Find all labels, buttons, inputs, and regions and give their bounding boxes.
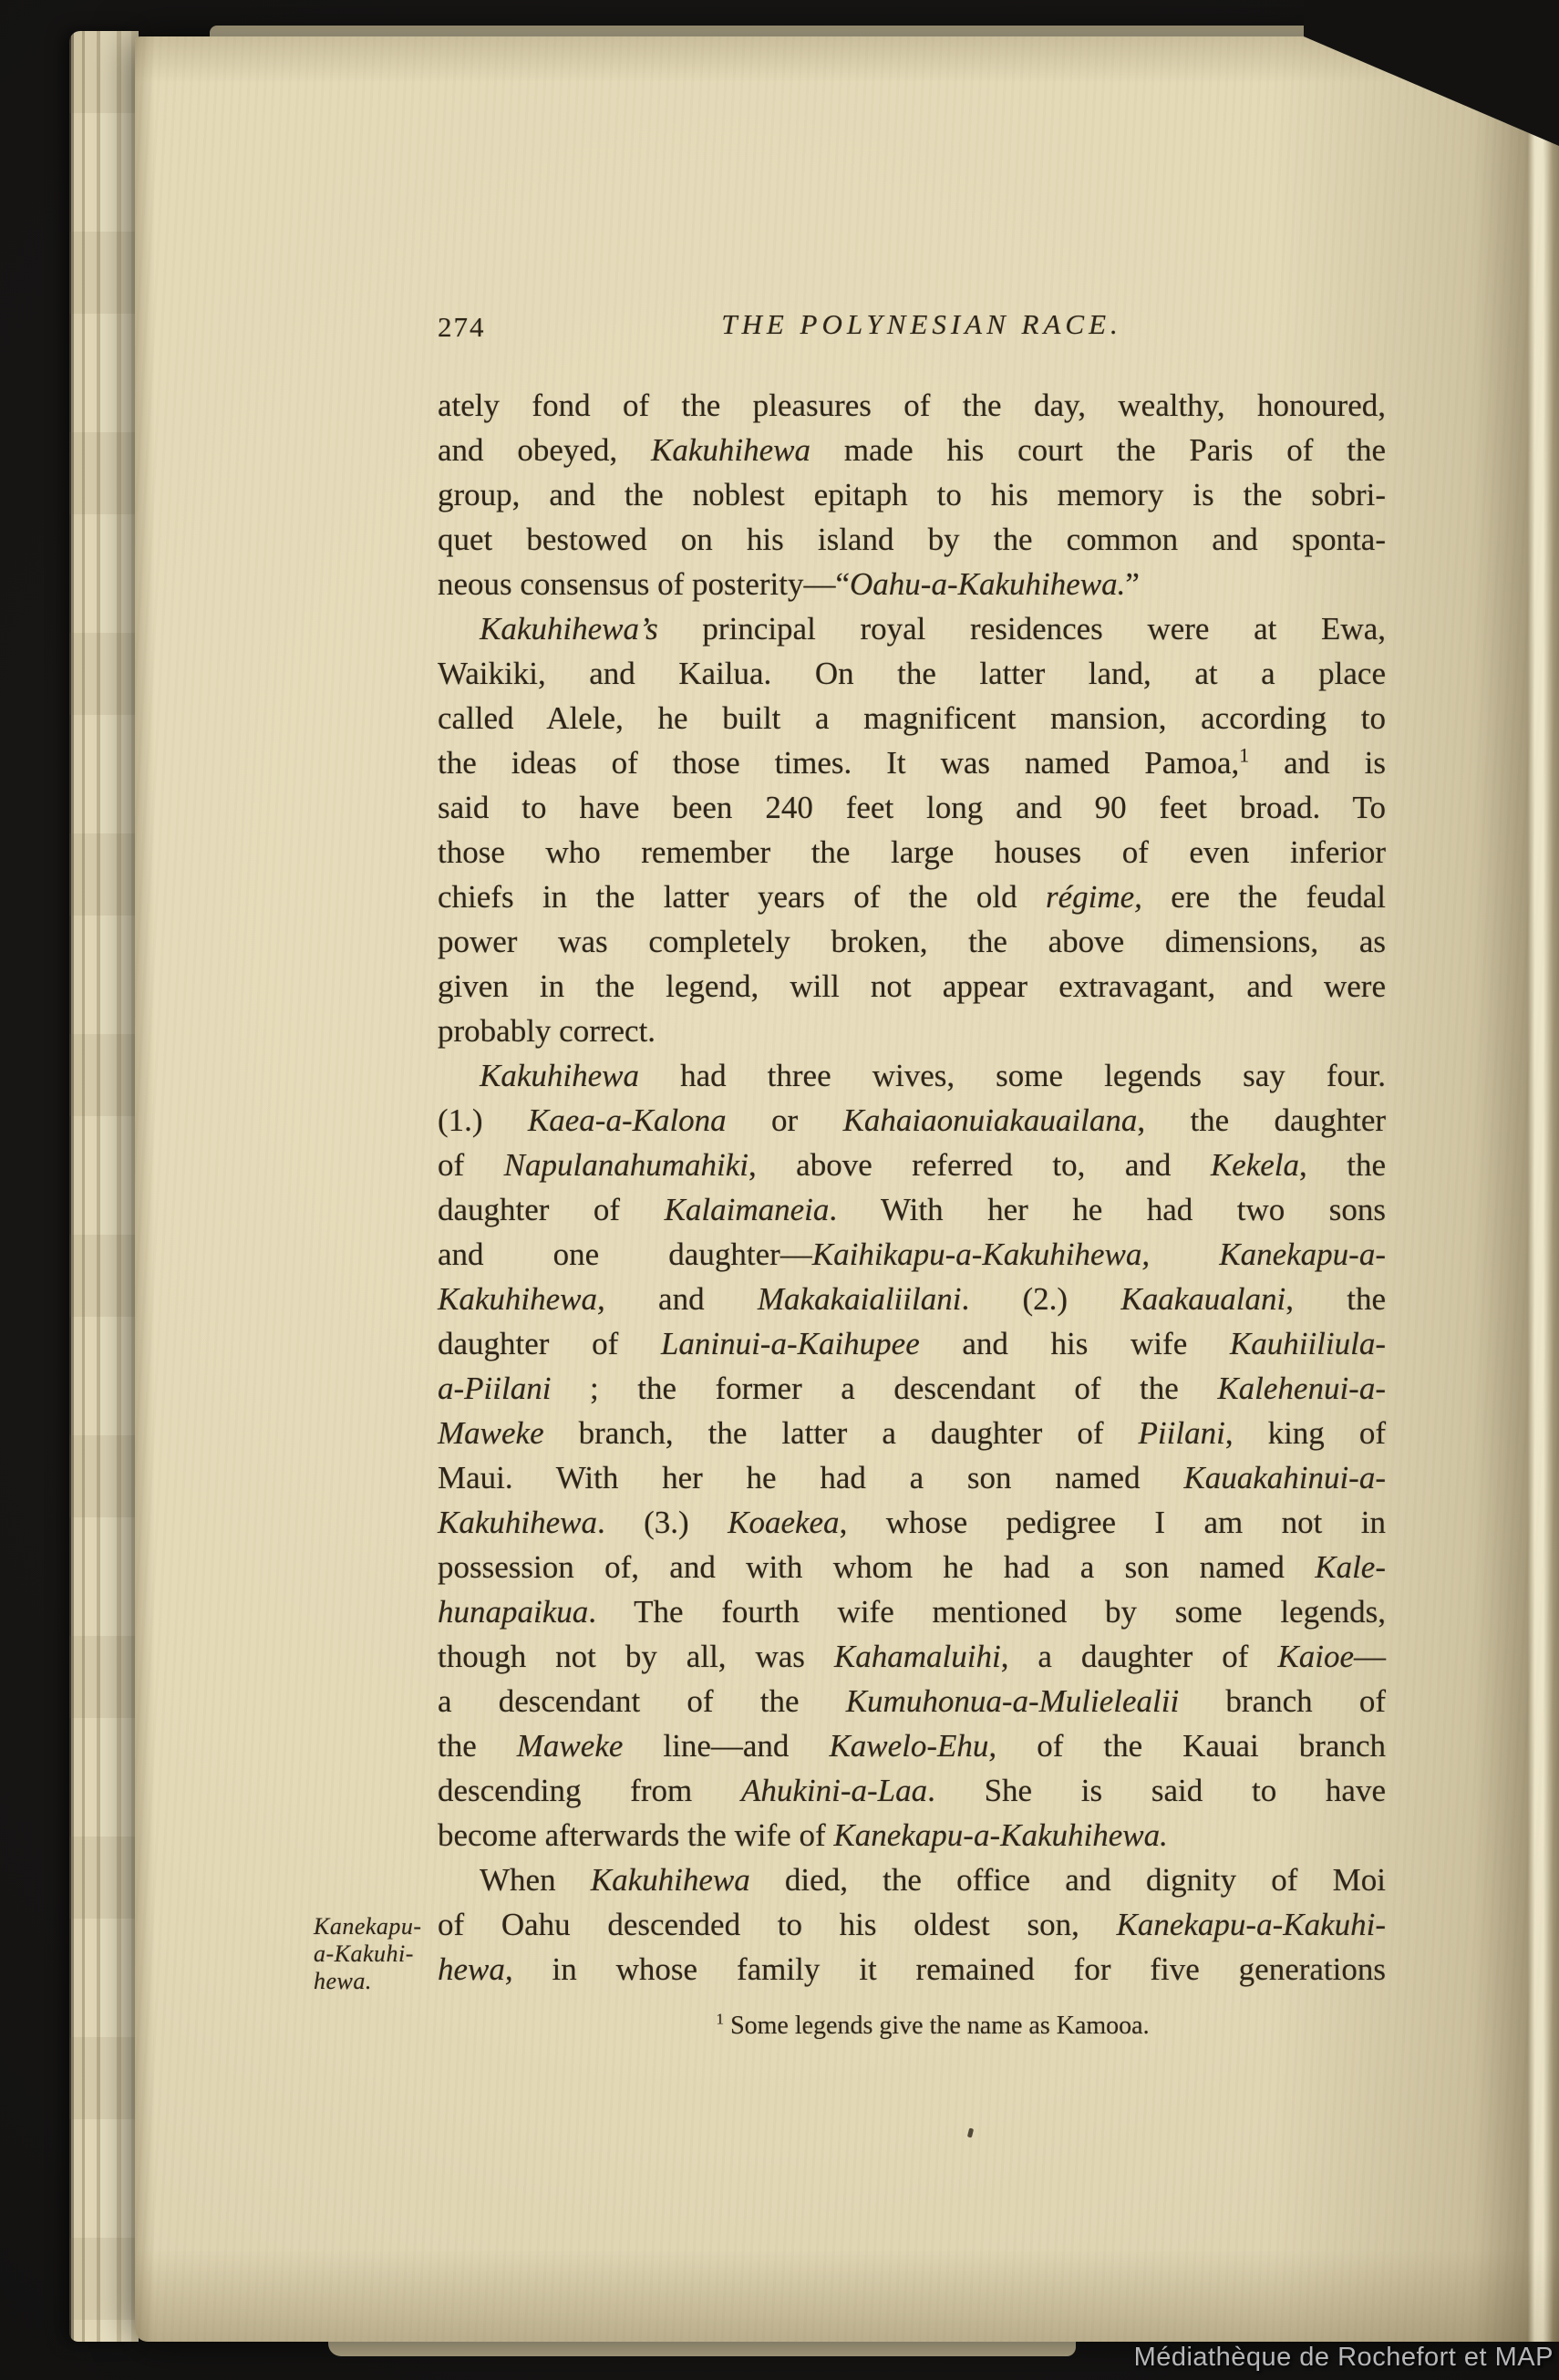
body-line: When Kakuhihewa died, the office and dig… <box>438 1857 1386 1902</box>
body-line: become afterwards the wife of Kanekapu-a… <box>438 1813 1386 1857</box>
body-line: power was completely broken, the above d… <box>438 919 1386 964</box>
body-line: descending from Ahukini-a-Laa. She is sa… <box>438 1768 1386 1813</box>
sidenote-line: Kanekapu- <box>314 1913 441 1940</box>
body-line: daughter of Kalaimaneia. With her he had… <box>438 1187 1386 1232</box>
sidenote-line: hewa. <box>314 1968 441 1995</box>
body-line: Maui. With her he had a son named Kauaka… <box>438 1455 1386 1500</box>
footnote-text: Some legends give the name as Kamooa. <box>730 2012 1150 2040</box>
body-line: probably correct. <box>438 1009 1386 1053</box>
body-line: Kakuhihewa. (3.) Koaekea, whose pedigree… <box>438 1500 1386 1545</box>
body-line: Kakuhihewa’s principal royal residences … <box>438 606 1386 651</box>
body-line: daughter of Laninui-a-Kaihupee and his w… <box>438 1321 1386 1366</box>
sidenote-line: a-Kakuhi- <box>314 1940 441 1968</box>
body-text: ately fond of the pleasures of the day, … <box>438 383 1386 1992</box>
body-line: though not by all, was Kahamaluihi, a da… <box>438 1634 1386 1679</box>
page-number: 274 <box>438 311 486 344</box>
body-line: those who remember the large houses of e… <box>438 830 1386 874</box>
body-line: a-Piilani ; the former a descendant of t… <box>438 1366 1386 1411</box>
footnote-marker: 1 <box>716 2011 724 2028</box>
body-line: the ideas of those times. It was named P… <box>438 740 1386 785</box>
body-line: given in the legend, will not appear ext… <box>438 964 1386 1009</box>
margin-sidenote: Kanekapu- a-Kakuhi- hewa. <box>314 1913 441 1995</box>
body-line: quet bestowed on his island by the commo… <box>438 517 1386 562</box>
library-watermark: Médiathèque de Rochefort et MAP <box>1134 2343 1554 2373</box>
body-line: Kakuhihewa had three wives, some legends… <box>438 1053 1386 1098</box>
body-line: group, and the noblest epitaph to his me… <box>438 472 1386 517</box>
page-stack-edges <box>69 31 139 2342</box>
footnote: 1Some legends give the name as Kamooa. <box>438 2012 1386 2041</box>
body-line: of Oahu descended to his oldest son, Kan… <box>438 1902 1386 1947</box>
running-head: 274 THE POLYNESIAN RACE. <box>438 308 1386 350</box>
body-line: and one daughter—Kaihikapu-a-Kakuhihewa,… <box>438 1232 1386 1277</box>
body-line: and obeyed, Kakuhihewa made his court th… <box>438 428 1386 472</box>
body-line: Maweke branch, the latter a daughter of … <box>438 1411 1386 1455</box>
body-line: ately fond of the pleasures of the day, … <box>438 383 1386 428</box>
body-line: hunapaikua. The fourth wife mentioned by… <box>438 1589 1386 1634</box>
scanned-book-photo: 274 THE POLYNESIAN RACE. ately fond of t… <box>0 0 1559 2380</box>
body-line: neous consensus of posterity—“Oahu-a-Kak… <box>438 562 1386 606</box>
body-line: possession of, and with whom he had a so… <box>438 1545 1386 1589</box>
body-line: Kakuhihewa, and Makakaialiilani. (2.) Ka… <box>438 1277 1386 1321</box>
body-line: called Alele, he built a magnificent man… <box>438 696 1386 740</box>
body-line: Waikiki, and Kailua. On the latter land,… <box>438 651 1386 696</box>
body-line: said to have been 240 feet long and 90 f… <box>438 785 1386 830</box>
running-title: THE POLYNESIAN RACE. <box>438 308 1386 341</box>
body-line: of Napulanahumahiki, above referred to, … <box>438 1143 1386 1187</box>
body-line: the Maweke line—and Kawelo-Ehu, of the K… <box>438 1723 1386 1768</box>
body-line: a descendant of the Kumuhonua-a-Mulielea… <box>438 1679 1386 1723</box>
body-line: (1.) Kaea-a-Kalona or Kahaiaonuiakauaila… <box>438 1098 1386 1143</box>
body-line: chiefs in the latter years of the old ré… <box>438 874 1386 919</box>
body-line: hewa, in whose family it remained for fi… <box>438 1947 1386 1992</box>
